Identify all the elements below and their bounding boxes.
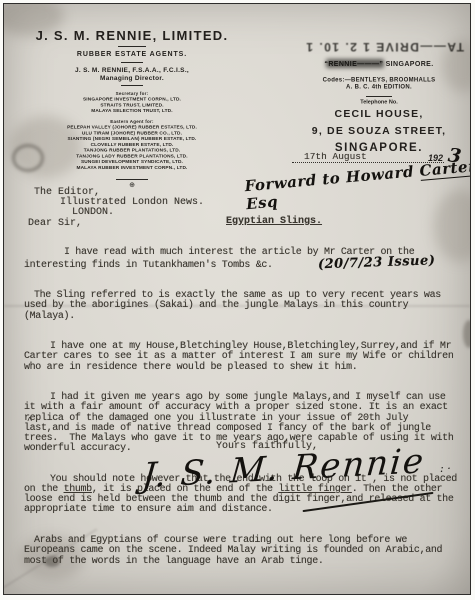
- codes-line2: A. B. C. 4th EDITION.: [294, 83, 464, 90]
- company-item: PELEPAH VALLEY (JOHORE) RUBBER ESTATES, …: [47, 125, 217, 131]
- paragraph: The Sling referred to is exactly the sam…: [24, 291, 458, 322]
- paragraph: Arabs and Egyptians of course were tradi…: [24, 536, 458, 567]
- photo-frame: J. S. M. RENNIE, LIMITED. RUBBER ESTATE …: [0, 0, 475, 600]
- divider: [118, 46, 146, 47]
- ink-marks: : ·: [440, 462, 451, 475]
- letter-page: J. S. M. RENNIE, LIMITED. RUBBER ESTATE …: [3, 3, 471, 595]
- paragraph: I have one at my House,Bletchingley Hous…: [24, 342, 458, 373]
- received-stamp: TA——DRIVE 1 2. 10. 1: [299, 40, 464, 54]
- forward-name: Carter: [419, 157, 471, 181]
- recipient-line3: LONDON.: [72, 207, 114, 218]
- address-line2: 9, DE SOUZA STREET,: [289, 125, 469, 137]
- ink-smudge: [326, 59, 384, 68]
- divider: [366, 96, 392, 97]
- caret-mark: ^: [27, 416, 32, 426]
- company-subtitle: RUBBER ESTATE AGENTS.: [12, 51, 252, 58]
- letter-body: I have read with much interest the artic…: [24, 228, 458, 587]
- stain: [463, 320, 471, 348]
- divider: [116, 179, 148, 180]
- divider: [121, 62, 143, 63]
- telephone-label: Telephone No.: [294, 99, 464, 105]
- company-item: SIANTING (NEGRI SEMBILAN) RUBBER ESTATE,…: [47, 136, 217, 142]
- subject-line: Egyptian Slings.: [226, 216, 322, 227]
- divider: [121, 85, 143, 86]
- address-line1: CECIL HOUSE,: [289, 108, 469, 120]
- company-item: MALAYA SELECTION TRUST, LTD.: [47, 108, 217, 114]
- handwritten-note: (20/7/23 Issue): [278, 256, 436, 272]
- paragraph: I have read with much interest the artic…: [24, 248, 458, 270]
- principal-name: J. S. M. RENNIE, F.S.A.A., F.C.I.S.,: [12, 67, 252, 74]
- forward-text: Esq: [245, 192, 278, 213]
- codes-line1: Codes:—BENTLEYS, BROOMHALLS: [294, 76, 464, 83]
- company-name: J. S. M. RENNIE, LIMITED.: [12, 28, 252, 43]
- company-item: MALAYA RUBBER INVESTMENT CORPN., LTD.: [47, 165, 217, 171]
- date-typed: 17th August: [304, 151, 367, 162]
